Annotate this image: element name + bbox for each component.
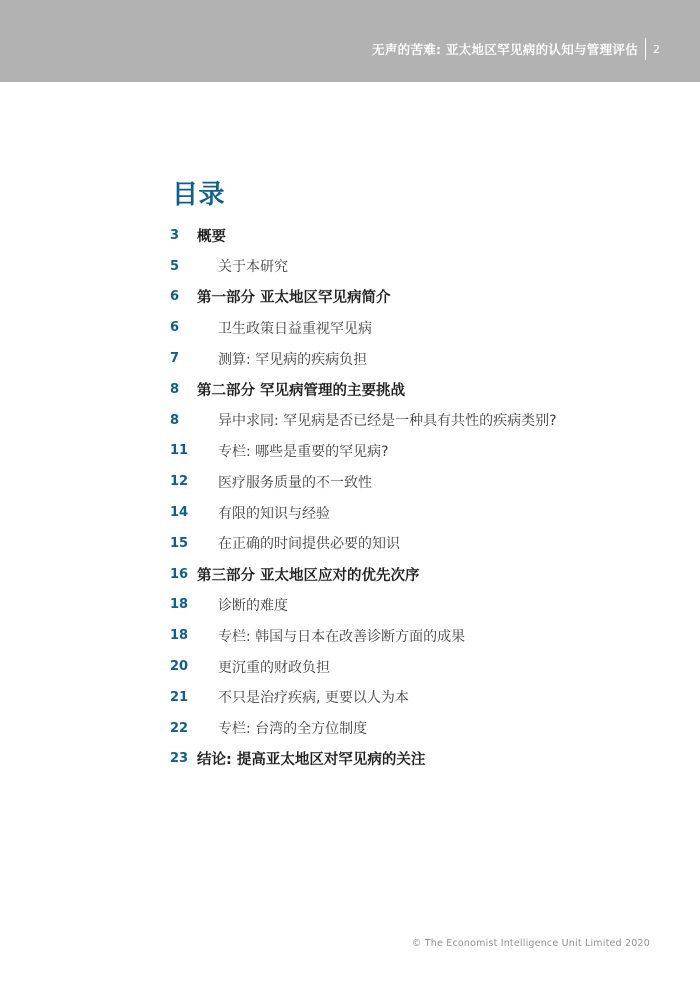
toc-entry-page-number: 12: [170, 474, 197, 489]
toc-entry: 3 概要: [170, 220, 648, 251]
toc-entry-label: 医疗服务质量的不一致性: [218, 472, 372, 492]
toc-entry-page-number: 8: [170, 413, 197, 428]
toc-entry-page-number: 20: [170, 659, 197, 674]
toc-entry: 23 结论: 提高亚太地区对罕见病的关注: [170, 744, 648, 775]
toc-entry-page-number: 3: [170, 228, 197, 243]
toc-entry: 18 专栏: 韩国与日本在改善诊断方面的成果: [170, 620, 648, 651]
toc-entry: 14 有限的知识与经验: [170, 497, 648, 528]
toc-entry: 8 第二部分 罕见病管理的主要挑战: [170, 374, 648, 405]
toc-entry-page-number: 22: [170, 721, 197, 736]
toc-entry: 16 第三部分 亚太地区应对的优先次序: [170, 559, 648, 590]
toc-entry-label: 不只是治疗疾病, 更要以人为本: [218, 687, 409, 707]
toc-entry-page-number: 15: [170, 536, 197, 551]
toc-entry-page-number: 16: [170, 567, 197, 582]
toc-entry-page-number: 18: [170, 628, 197, 643]
toc-entry-label: 第一部分 亚太地区罕见病简介: [197, 286, 391, 307]
toc-entry-label: 测算: 罕见病的疾病负担: [218, 349, 367, 369]
toc-entry-label: 在正确的时间提供必要的知识: [218, 533, 400, 553]
toc-entry-label: 第三部分 亚太地区应对的优先次序: [197, 564, 420, 585]
toc-entry-page-number: 18: [170, 597, 197, 612]
toc-entry: 15 在正确的时间提供必要的知识: [170, 528, 648, 559]
toc-entry-page-number: 7: [170, 351, 197, 366]
toc-entry: 20 更沉重的财政负担: [170, 651, 648, 682]
toc-entry-page-number: 14: [170, 505, 197, 520]
report-title: 无声的苦难: 亚太地区罕见病的认知与管理评估: [372, 40, 638, 58]
toc-entry-label: 专栏: 台湾的全方位制度: [218, 718, 367, 738]
toc-entry: 18 诊断的难度: [170, 590, 648, 621]
toc-entry-label: 概要: [197, 225, 226, 246]
toc-entry-label: 专栏: 韩国与日本在改善诊断方面的成果: [218, 626, 465, 646]
toc-list: 3 概要 5 关于本研究 6 第一部分 亚太地区罕见病简介 6 卫生政策日益重视…: [170, 220, 648, 774]
toc-entry: 11 专栏: 哪些是重要的罕见病?: [170, 436, 648, 467]
toc-entry: 8 异中求同: 罕见病是否已经是一种具有共性的疾病类别?: [170, 405, 648, 436]
toc-entry: 21 不只是治疗疾病, 更要以人为本: [170, 682, 648, 713]
toc-title: 目录: [172, 182, 225, 209]
toc-entry-page-number: 5: [170, 259, 197, 274]
toc-entry: 12 医疗服务质量的不一致性: [170, 466, 648, 497]
toc-entry-label: 第二部分 罕见病管理的主要挑战: [197, 379, 405, 400]
toc-entry-page-number: 6: [170, 320, 197, 335]
toc-entry-page-number: 11: [170, 443, 197, 458]
toc-entry-label: 有限的知识与经验: [218, 503, 330, 523]
toc-entry-label: 诊断的难度: [218, 595, 288, 615]
toc-entry: 5 关于本研究: [170, 251, 648, 282]
toc-entry-label: 更沉重的财政负担: [218, 657, 330, 677]
toc-entry: 22 专栏: 台湾的全方位制度: [170, 713, 648, 744]
document-page: 无声的苦难: 亚太地区罕见病的认知与管理评估 2 目录 3 概要 5 关于本研究…: [0, 0, 700, 989]
toc-entry: 6 卫生政策日益重视罕见病: [170, 312, 648, 343]
toc-entry-page-number: 6: [170, 289, 197, 304]
toc-entry-page-number: 8: [170, 382, 197, 397]
toc-entry: 7 测算: 罕见病的疾病负担: [170, 343, 648, 374]
page-number: 2: [653, 43, 660, 56]
toc-entry-page-number: 21: [170, 690, 197, 705]
page-header: 无声的苦难: 亚太地区罕见病的认知与管理评估 2: [0, 0, 700, 82]
header-divider: [645, 38, 646, 60]
toc-entry: 6 第一部分 亚太地区罕见病简介: [170, 282, 648, 313]
copyright-notice: © The Economist Intelligence Unit Limite…: [412, 938, 650, 949]
toc-entry-label: 关于本研究: [218, 256, 288, 276]
toc-entry-label: 卫生政策日益重视罕见病: [218, 318, 372, 338]
toc-entry-label: 异中求同: 罕见病是否已经是一种具有共性的疾病类别?: [218, 410, 557, 430]
toc-entry-page-number: 23: [170, 751, 197, 766]
toc-entry-label: 专栏: 哪些是重要的罕见病?: [218, 441, 389, 461]
toc-entry-label: 结论: 提高亚太地区对罕见病的关注: [197, 748, 425, 769]
